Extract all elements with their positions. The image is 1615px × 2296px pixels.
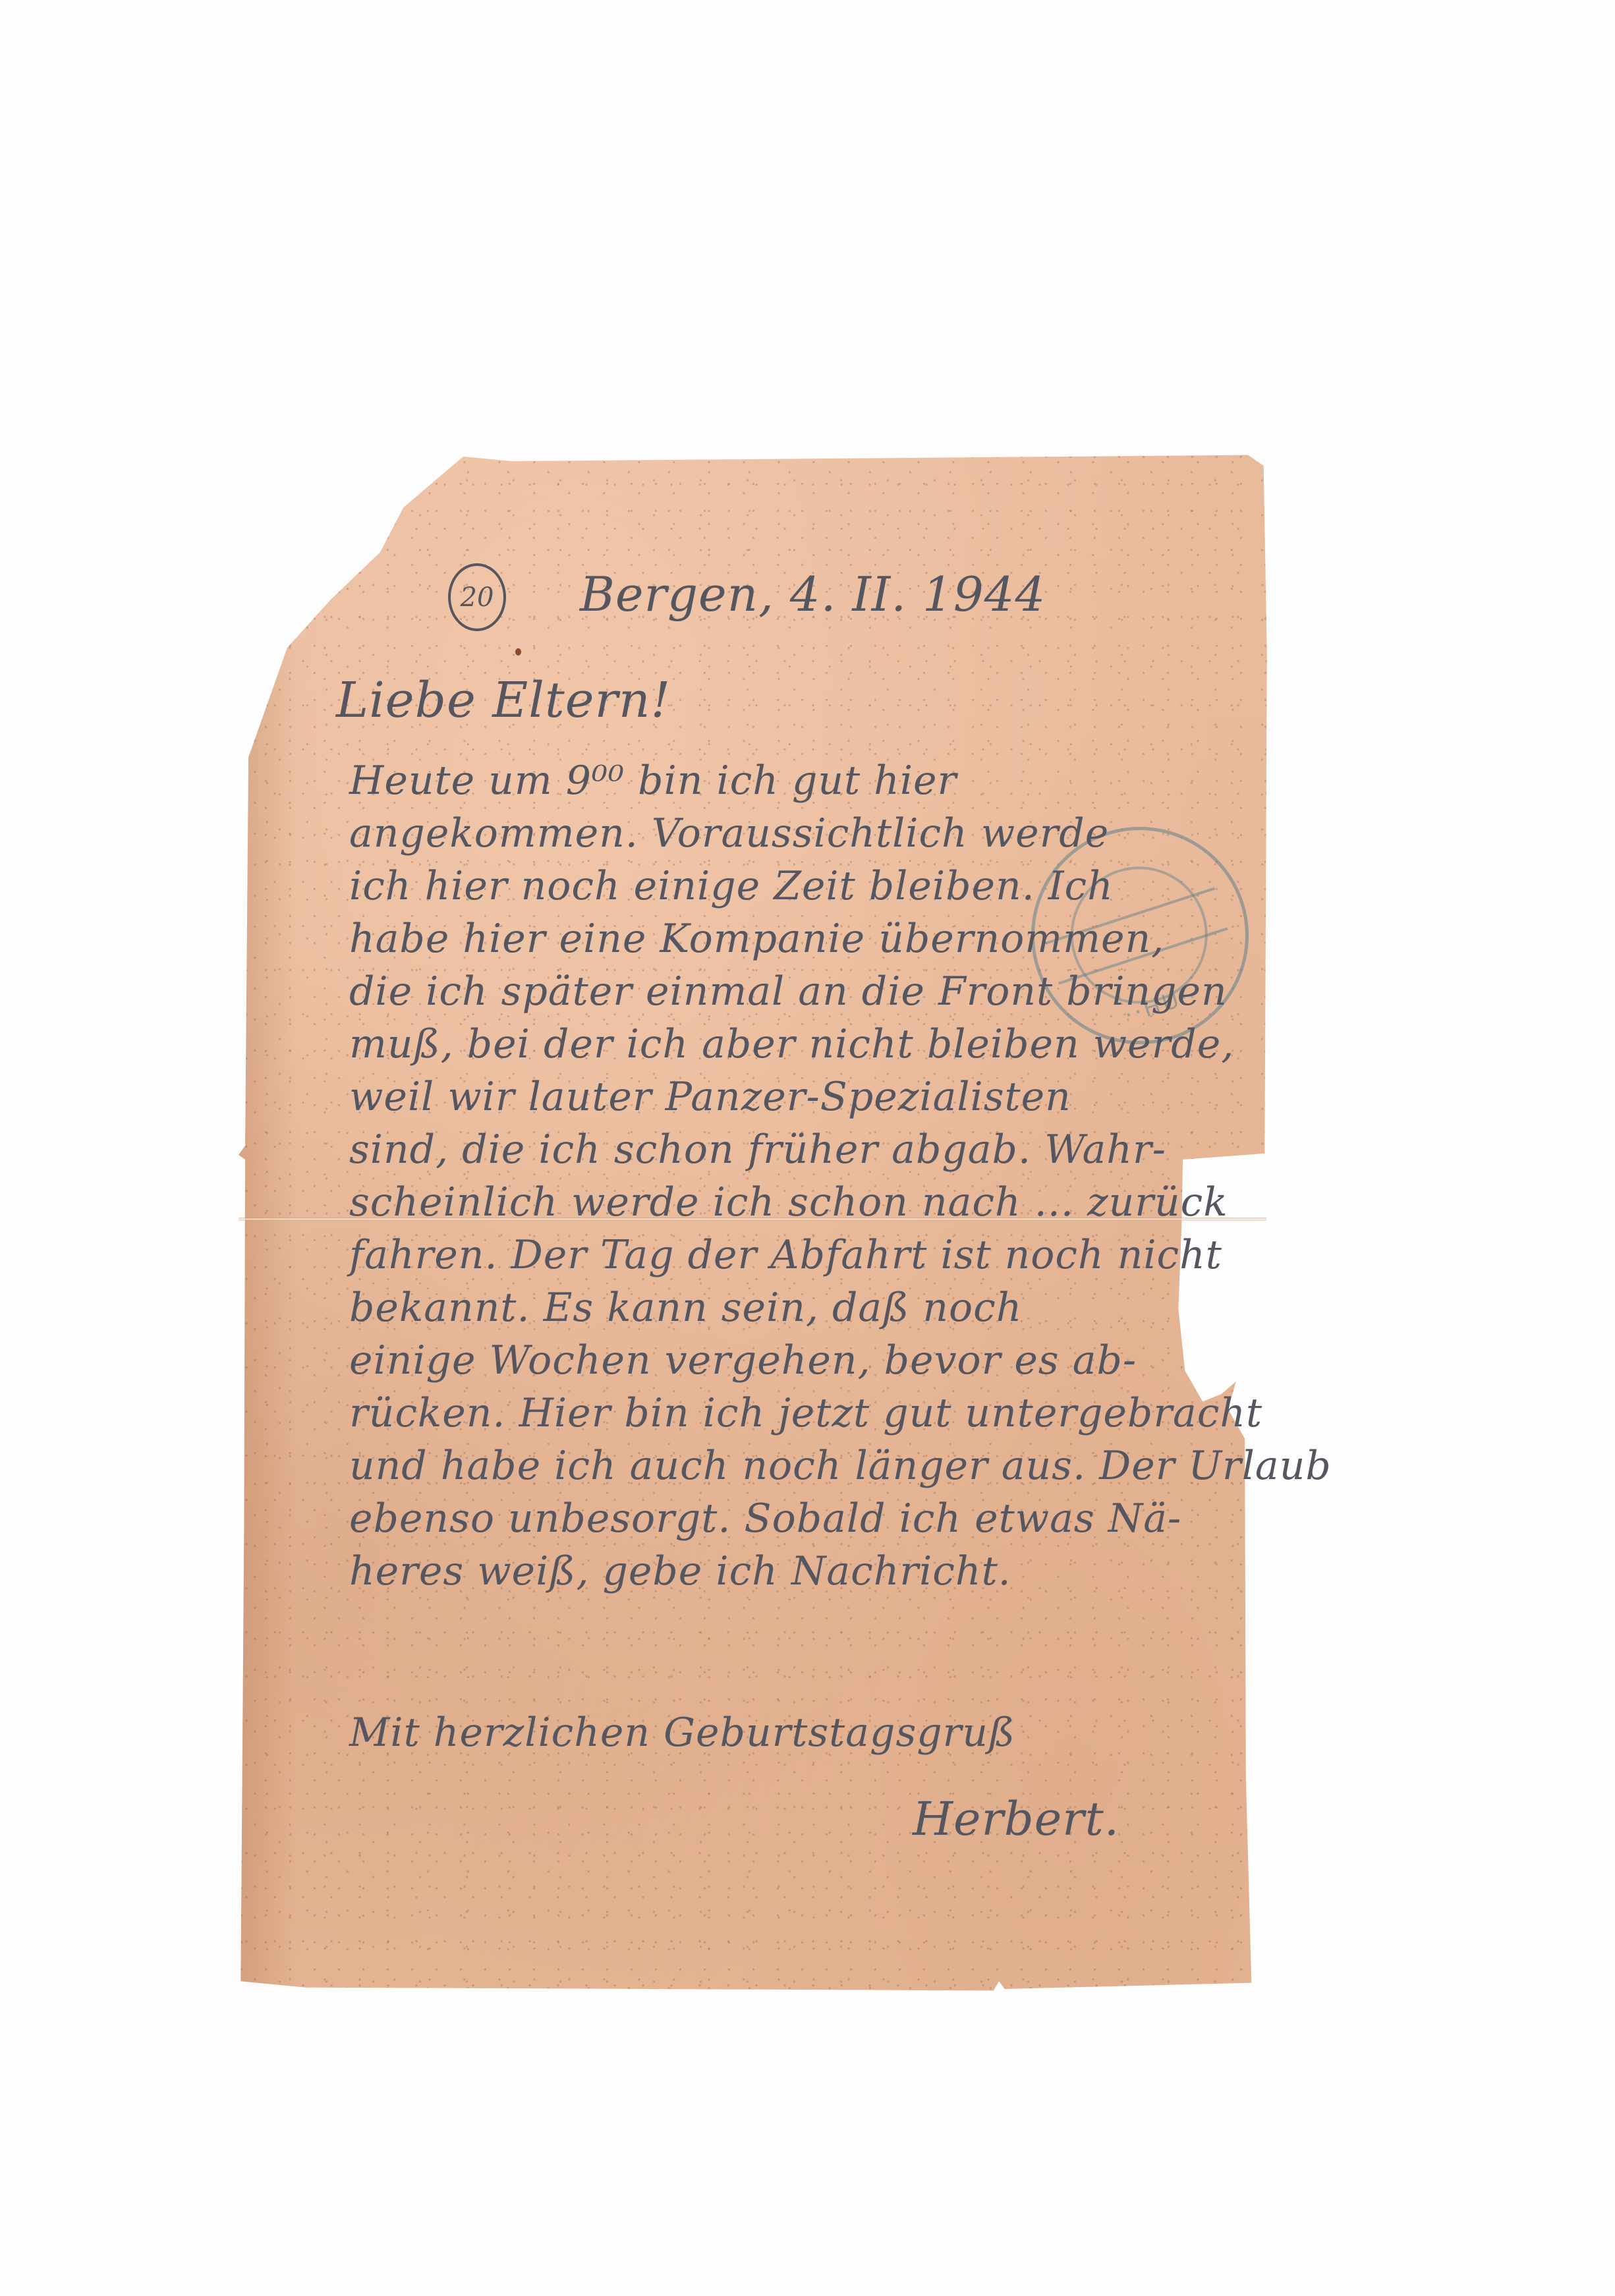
body-line: habe hier eine Kompanie übernommen, [349,912,1285,965]
body-line: ich hier noch einige Zeit bleiben. Ich [349,860,1285,912]
body-line: ebenso unbesorgt. Sobald ich etwas Nä- [349,1492,1285,1545]
signature: Herbert. [913,1792,1119,1846]
body-line: einige Wochen vergehen, bevor es ab- [349,1334,1285,1387]
letter-body: Heute um 9⁰⁰ bin ich gut hier angekommen… [349,754,1285,1598]
body-line: sind, die ich schon früher abgab. Wahr- [349,1123,1285,1176]
body-line: fahren. Der Tag der Abfahrt ist noch nic… [349,1229,1285,1281]
greeting: Liebe Eltern! [336,672,671,729]
body-line: muß, bei der ich aber nicht bleiben werd… [349,1018,1285,1071]
body-line: heres weiß, gebe ich Nachricht. [349,1545,1285,1598]
body-line: angekommen. Voraussichtlich werde [349,807,1285,860]
body-line: bekannt. Es kann sein, daß noch [349,1281,1285,1334]
place-date: Bergen, 4. II. 1944 [580,567,1046,622]
body-line: weil wir lauter Panzer-Spezialisten [349,1071,1285,1123]
body-line: rücken. Hier bin ich jetzt gut untergebr… [349,1387,1285,1440]
body-line: die ich später einmal an die Front bring… [349,965,1285,1018]
page-number-circle: 20 [448,563,506,631]
closing-line: Mit herzlichen Geburtstagsgruß [349,1710,1015,1756]
body-line: und habe ich auch noch länger aus. Der U… [349,1440,1285,1492]
body-line: Heute um 9⁰⁰ bin ich gut hier [349,754,1285,807]
body-line: scheinlich werde ich schon nach ... zurü… [349,1176,1285,1229]
page-number: 20 [461,582,494,613]
paper-stain [515,648,521,656]
